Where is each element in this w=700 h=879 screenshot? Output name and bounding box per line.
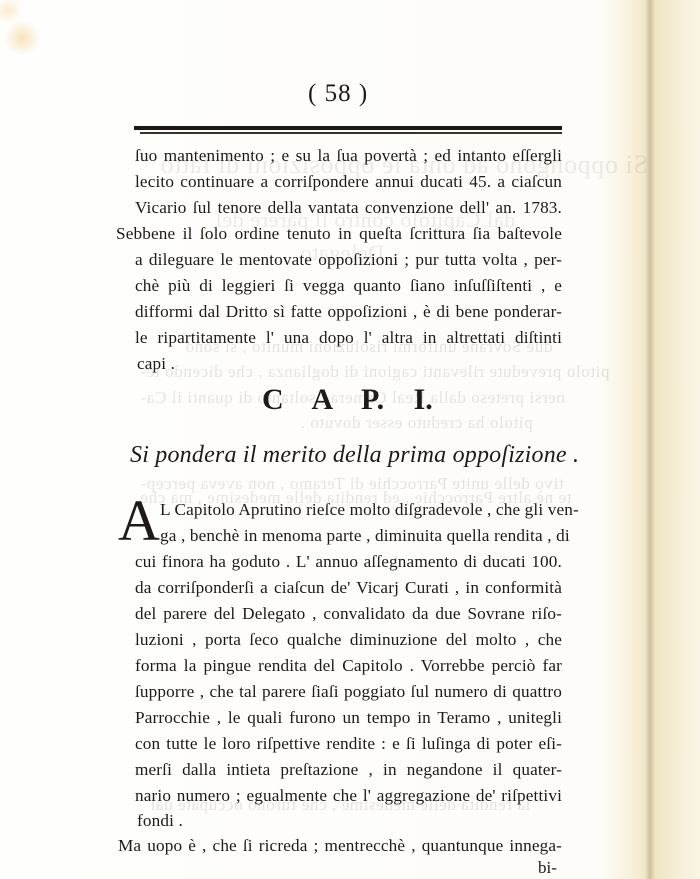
text-line: nario numero ; egualmente che l' aggrega… bbox=[135, 786, 562, 806]
text-line: forma la pingue rendita del Capitolo . V… bbox=[135, 656, 562, 676]
chapter-heading: C A P. I. bbox=[262, 383, 433, 417]
text-line: difformi dal Dritto sì fatte oppoſizioni… bbox=[135, 302, 562, 322]
text-line: a dileguare le mentovate oppoſizioni ; p… bbox=[135, 250, 562, 270]
text-line: Sebbene il ſolo ordine tenuto in queſta … bbox=[116, 224, 562, 244]
header-rule-thin bbox=[140, 132, 562, 134]
bleed-through-line: pitolo prevedute rilevanti cagioni di do… bbox=[140, 362, 610, 382]
text-line: Parrocchie , le quali furono un tempo in… bbox=[135, 708, 562, 728]
text-line: ſupporre , che tal parere ſiaſi poggiato… bbox=[135, 682, 562, 702]
book-page: Si oppongono ad onta le opposizioni di f… bbox=[0, 0, 700, 879]
page-number: ( 58 ) bbox=[308, 80, 368, 108]
text-line: da corriſponderſi a ciaſcun de' Vicarj C… bbox=[135, 578, 562, 598]
text-line: merſi dalla intieta preſtazione , in neg… bbox=[135, 760, 562, 780]
text-line: cui finora ha goduto . L' annuo aſſegnam… bbox=[135, 552, 562, 572]
bleed-through-line: tivo delle unite Parrocchie di Teramo , … bbox=[140, 474, 564, 494]
text-line: fondi . bbox=[137, 811, 183, 831]
header-rule-thick bbox=[134, 126, 562, 130]
text-line: le ripartitamente l' una dopo l' altra i… bbox=[135, 328, 562, 348]
drop-cap: A bbox=[118, 492, 160, 550]
text-line: Vicario ſul tenore della vantata convenz… bbox=[135, 198, 562, 218]
text-line: del parere del Delegato , convalidato da… bbox=[135, 604, 562, 624]
text-line: ga , benchè in menoma parte , diminuita … bbox=[160, 526, 562, 546]
text-line: capi . bbox=[137, 354, 175, 374]
text-line: Ma uopo è , che ſi ricreda ; mentrecchè … bbox=[118, 836, 562, 856]
chapter-subheading: Si pondera il merito della prima oppoſiz… bbox=[130, 442, 585, 469]
catchword: bi- bbox=[538, 858, 557, 878]
text-line: chè più di leggieri ſi vegga quanto ſian… bbox=[135, 276, 562, 296]
text-line: luzioni , porta ſeco qualche diminuzione… bbox=[135, 630, 562, 650]
text-line: lecito continuare a corriſpondere annui … bbox=[135, 172, 562, 192]
text-line: L Capitolo Aprutino rieſce molto diſgrad… bbox=[160, 500, 562, 520]
text-line: ſuo mantenimento ; e su la ſua povertà ;… bbox=[135, 146, 562, 166]
text-line: con tutte le loro riſpettive rendite : e… bbox=[135, 734, 562, 754]
